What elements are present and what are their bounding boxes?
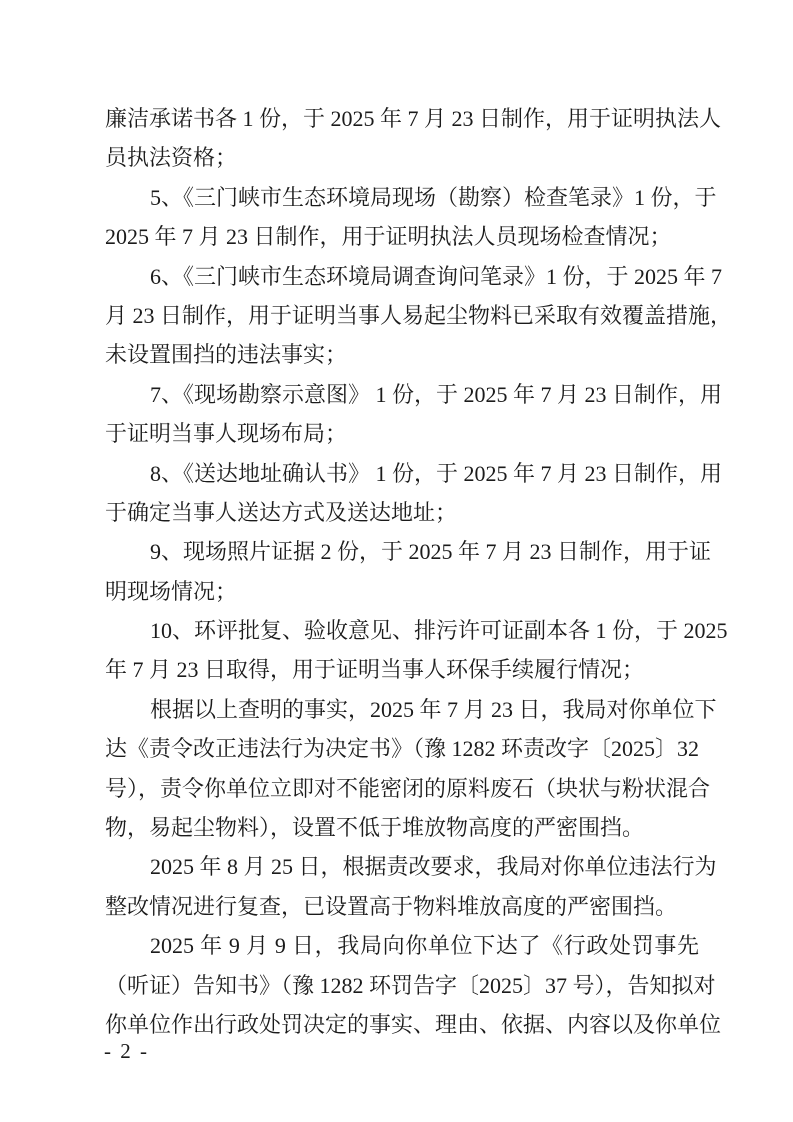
text-line: 于证明当事人现场布局； xyxy=(105,414,699,453)
text-line: 10、环评批复、验收意见、排污许可证副本各 1 份，于 2025 xyxy=(105,611,699,650)
text-line: 整改情况进行复查，已设置高于物料堆放高度的严密围挡。 xyxy=(105,887,699,926)
text-line: 员执法资格； xyxy=(105,138,699,177)
document-body: 廉洁承诺书各 1 份，于 2025 年 7 月 23 日制作，用于证明执法人员执… xyxy=(105,99,699,1044)
text-line: 8、《送达地址确认书》 1 份，于 2025 年 7 月 23 日制作，用 xyxy=(105,454,699,493)
text-line: 7、《现场勘察示意图》 1 份，于 2025 年 7 月 23 日制作，用 xyxy=(105,375,699,414)
text-line: 5、《三门峡市生态环境局现场（勘察）检查笔录》1 份，于 xyxy=(105,178,699,217)
page-number: - 2 - xyxy=(104,1039,149,1063)
text-line: 9、现场照片证据 2 份，于 2025 年 7 月 23 日制作，用于证 xyxy=(105,532,699,571)
text-line: 物，易起尘物料），设置不低于堆放物高度的严密围挡。 xyxy=(105,808,699,847)
document-page: 廉洁承诺书各 1 份，于 2025 年 7 月 23 日制作，用于证明执法人员执… xyxy=(0,0,793,1122)
text-line: 2025 年 9 月 9 日，我局向你单位下达了《行政处罚事先 xyxy=(105,926,699,965)
text-line: 年 7 月 23 日取得，用于证明当事人环保手续履行情况； xyxy=(105,650,699,689)
text-line: 廉洁承诺书各 1 份，于 2025 年 7 月 23 日制作，用于证明执法人 xyxy=(105,99,699,138)
text-line: 达《责令改正违法行为决定书》（豫 1282 环责改字〔2025〕32 xyxy=(105,729,699,768)
text-line: 月 23 日制作，用于证明当事人易起尘物料已采取有效覆盖措施， xyxy=(105,296,699,335)
text-line: 号），责令你单位立即对不能密闭的原料废石（块状与粉状混合 xyxy=(105,769,699,808)
text-line: 2025 年 7 月 23 日制作，用于证明执法人员现场检查情况； xyxy=(105,217,699,256)
text-line: 根据以上查明的事实，2025 年 7 月 23 日，我局对你单位下 xyxy=(105,690,699,729)
text-line: 6、《三门峡市生态环境局调查询问笔录》1 份，于 2025 年 7 xyxy=(105,257,699,296)
text-line: （听证）告知书》（豫 1282 环罚告字〔2025〕37 号），告知拟对 xyxy=(105,966,699,1005)
text-line: 2025 年 8 月 25 日，根据责改要求，我局对你单位违法行为 xyxy=(105,847,699,886)
text-line: 于确定当事人送达方式及送达地址； xyxy=(105,493,699,532)
text-line: 未设置围挡的违法事实； xyxy=(105,335,699,374)
text-line: 明现场情况； xyxy=(105,572,699,611)
text-line: 你单位作出行政处罚决定的事实、理由、依据、内容以及你单位 xyxy=(105,1005,699,1044)
